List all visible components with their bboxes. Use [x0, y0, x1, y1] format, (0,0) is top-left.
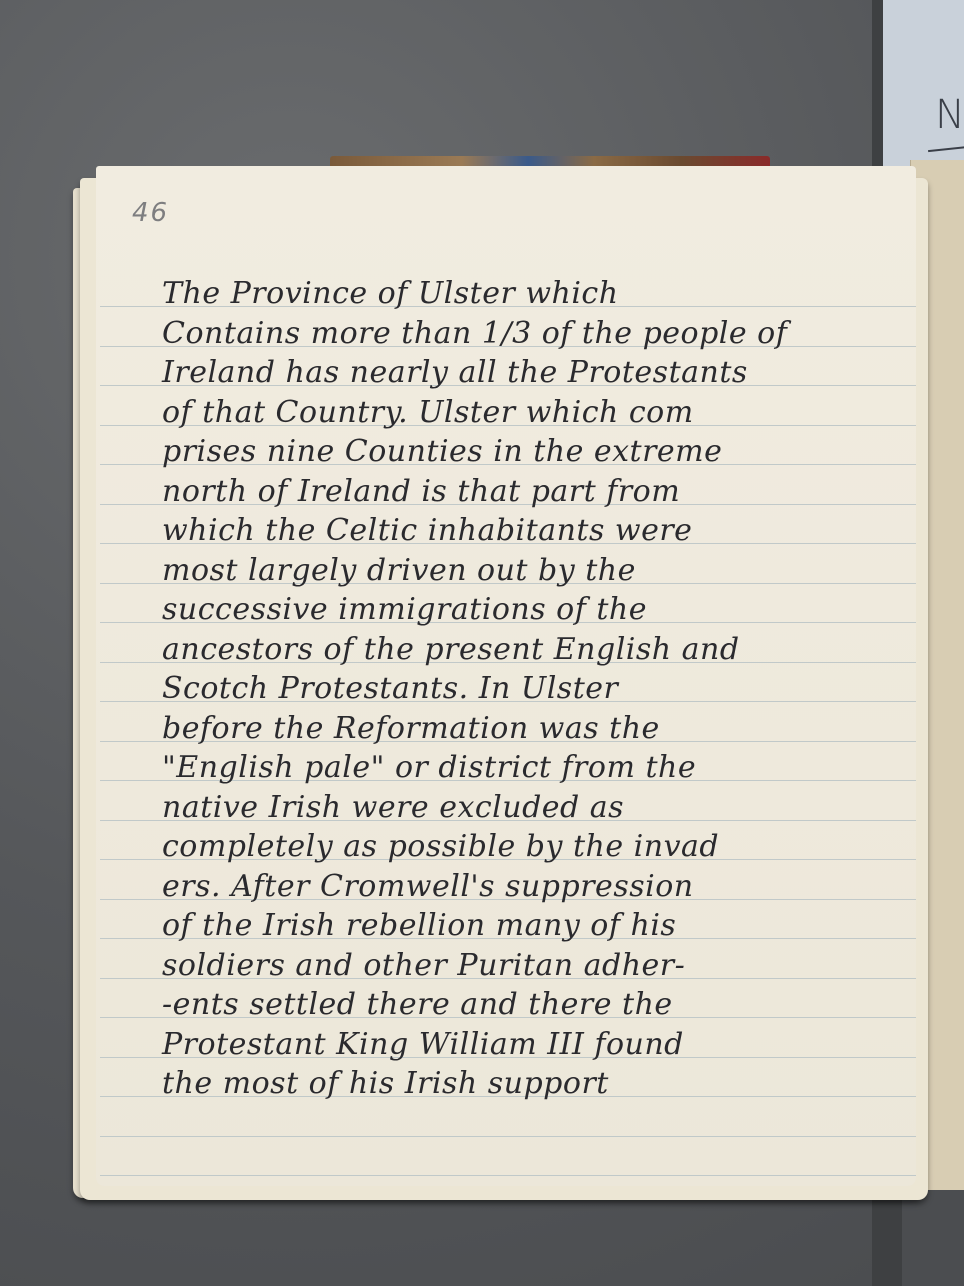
text-line: before the Reformation was the	[162, 709, 902, 749]
paper-slip	[883, 0, 964, 168]
text-line: The Province of Ulster which	[162, 274, 902, 314]
text-line: successive immigrations of the	[162, 590, 902, 630]
text-line: soldiers and other Puritan adher-	[162, 946, 902, 986]
text-line: of that Country. Ulster which com	[162, 393, 902, 433]
text-line: Scotch Protestants. In Ulster	[162, 669, 902, 709]
text-line: most largely driven out by the	[162, 551, 902, 591]
text-line: -ents settled there and there the	[162, 985, 902, 1025]
text-line: which the Celtic inhabitants were	[162, 511, 902, 551]
text-line: prises nine Counties in the extreme	[162, 432, 902, 472]
text-line: Ireland has nearly all the Protestants	[162, 353, 902, 393]
text-line: Protestant King William III found	[162, 1025, 902, 1065]
text-line: native Irish were excluded as	[162, 788, 902, 828]
text-line: completely as possible by the invad	[162, 827, 902, 867]
text-line: ancestors of the present English and	[162, 630, 902, 670]
page-number: 46	[132, 198, 169, 228]
slip-letter: N	[935, 92, 964, 138]
text-line: Contains more than 1/3 of the people of	[162, 314, 902, 354]
notebook-page: 46 The Province of Ulster which Contains…	[96, 166, 916, 1186]
text-line: north of Ireland is that part from	[162, 472, 902, 512]
handwritten-text: The Province of Ulster which Contains mo…	[162, 274, 902, 1104]
text-line: ers. After Cromwell's suppression	[162, 867, 902, 907]
rule-line	[100, 1136, 916, 1137]
text-line: of the Irish rebellion many of his	[162, 906, 902, 946]
text-line: "English pale" or district from the	[162, 748, 902, 788]
rule-line	[100, 1175, 916, 1176]
text-line: the most of his Irish support	[162, 1064, 902, 1104]
